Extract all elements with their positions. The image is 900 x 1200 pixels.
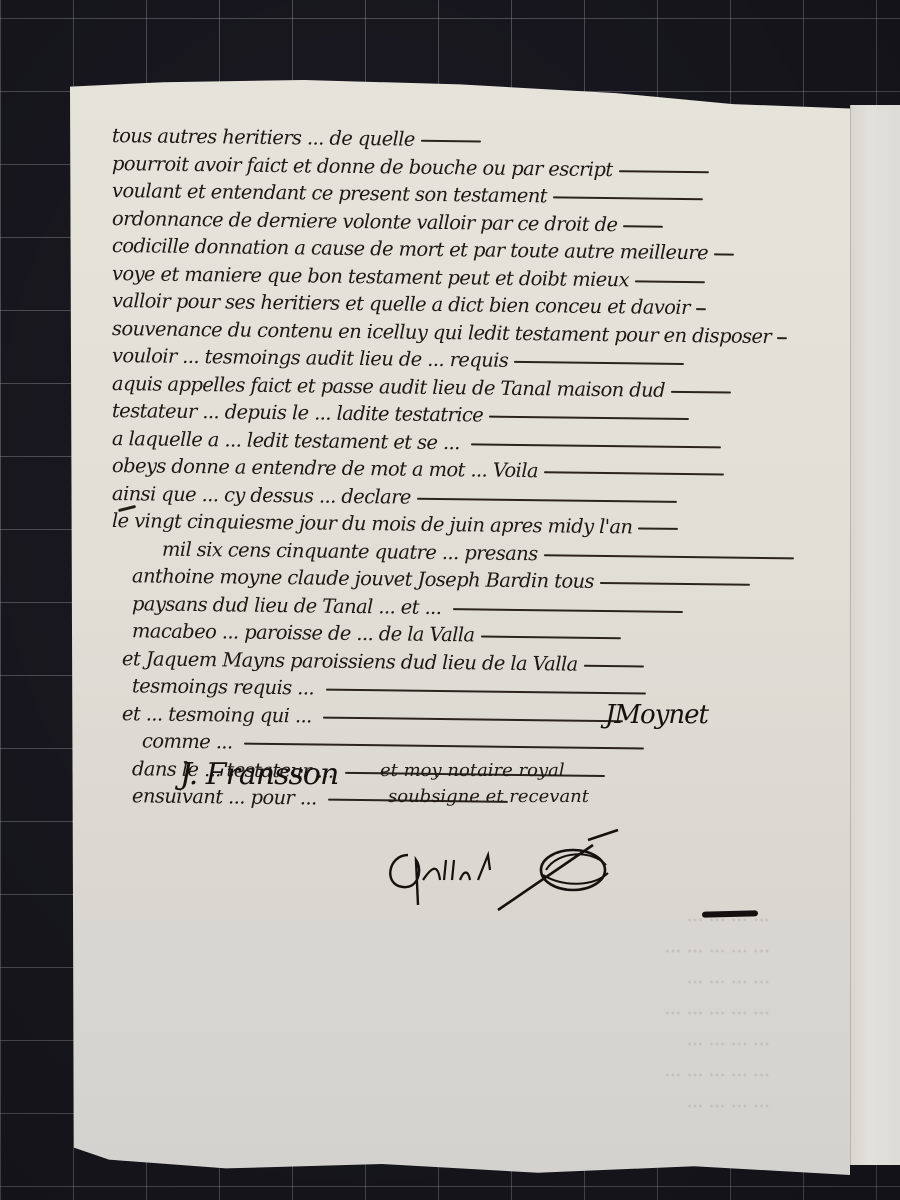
manuscript-body: tous autres heritiers ... de quelle pour… xyxy=(112,122,832,810)
notary-signature: J. Fransson xyxy=(180,757,338,792)
facing-page-edge xyxy=(850,105,900,1165)
bleed-line: ... ... ... ... xyxy=(150,962,770,993)
bleed-line: ... ... ... ... xyxy=(150,1024,770,1055)
notary-attestation-line-1: et moy notaire royal xyxy=(380,760,565,781)
notary-paraph xyxy=(378,825,628,915)
bleed-line: ... ... ... ... ... xyxy=(150,931,770,962)
bleed-line: ... ... ... ... ... xyxy=(150,993,770,1024)
bleed-line: ... ... ... ... ... xyxy=(150,1055,770,1086)
bleed-through-text: ... ... ... ... ... ... ... ... ... ... … xyxy=(150,900,770,1110)
paraph-flourish-icon xyxy=(378,825,628,915)
notary-attestation-line-2: soubsigne et recevant xyxy=(388,786,589,807)
witness-signature: JMoynet xyxy=(605,700,708,730)
bleed-line: ... ... ... ... xyxy=(150,1086,770,1117)
